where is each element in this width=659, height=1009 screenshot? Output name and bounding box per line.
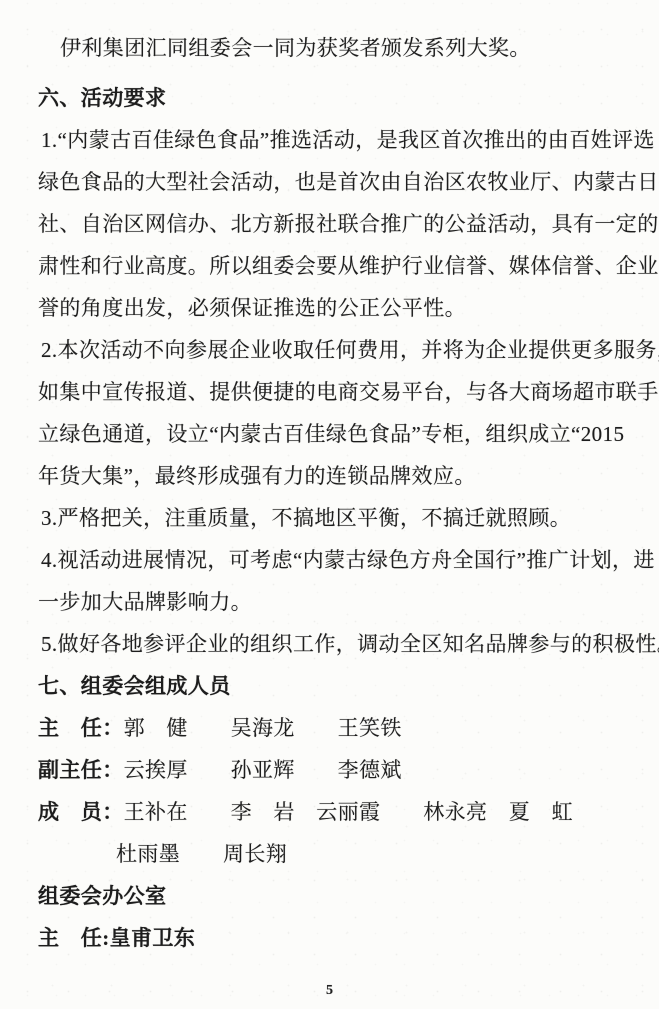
deputy-names: 云挨厚 孙亚辉 李德斌 bbox=[124, 758, 402, 782]
paragraph-line: 绿色食品的大型社会活动，也是首次由自治区农牧业厅、内蒙古日报 bbox=[38, 161, 631, 203]
paragraph-line: 1.“内蒙古百佳绿色食品”推选活动，是我区首次推出的由百姓评选 bbox=[41, 119, 631, 161]
scanned-page: 伊利集团汇同组委会一同为获奖者颁发系列大奖。 六、活动要求 1.“内蒙古百佳绿色… bbox=[0, 0, 659, 1009]
director-names: 郭 健 吴海龙 王笑铁 bbox=[124, 716, 402, 740]
paragraph-line: 2.本次活动不向参展企业收取任何费用，并将为企业提供更多服务， bbox=[41, 329, 631, 371]
paragraph-line: 社、自治区网信办、北方新报社联合推广的公益活动，具有一定的严 bbox=[38, 203, 631, 245]
director-label: 主 任： bbox=[38, 716, 124, 740]
office-director-line: 主 任:皇甫卫东 bbox=[38, 917, 631, 959]
paragraph-line: 肃性和行业高度。所以组委会要从维护行业信誉、媒体信誉、企业信 bbox=[38, 245, 631, 287]
paragraph-line: 如集中宣传报道、提供便捷的电商交易平台，与各大商场超市联手建 bbox=[38, 371, 631, 413]
committee-director-line: 主 任：郭 健 吴海龙 王笑铁 bbox=[38, 707, 631, 749]
deputy-label: 副主任： bbox=[38, 758, 124, 782]
paragraph-line: 3.严格把关，注重质量，不搞地区平衡，不搞迁就照顾。 bbox=[41, 497, 631, 539]
document-body: 伊利集团汇同组委会一同为获奖者颁发系列大奖。 六、活动要求 1.“内蒙古百佳绿色… bbox=[0, 0, 659, 959]
paragraph-line: 一步加大品牌影响力。 bbox=[38, 581, 631, 623]
members-label: 成 员： bbox=[38, 800, 124, 824]
office-heading: 组委会办公室 bbox=[38, 875, 631, 917]
paragraph-line: 4.视活动进展情况，可考虑“内蒙古绿色方舟全国行”推广计划，进 bbox=[41, 539, 631, 581]
office-director-name: 皇甫卫东 bbox=[110, 926, 196, 950]
paragraph-line: 5.做好各地参评企业的组织工作，调动全区知名品牌参与的积极性。 bbox=[41, 623, 631, 665]
continuation-line: 伊利集团汇同组委会一同为获奖者颁发系列大奖。 bbox=[60, 27, 631, 69]
page-number: 5 bbox=[0, 983, 659, 999]
committee-members-line-2: 杜雨墨 周长翔 bbox=[116, 833, 631, 875]
paragraph-line: 年货大集”，最终形成强有力的连锁品牌效应。 bbox=[38, 455, 631, 497]
member-names: 王补在 李 岩 云丽霞 林永亮 夏 虹 bbox=[124, 800, 573, 824]
committee-members-line: 成 员：王补在 李 岩 云丽霞 林永亮 夏 虹 bbox=[38, 791, 631, 833]
section-7-heading: 七、组委会组成人员 bbox=[38, 665, 631, 707]
office-director-label: 主 任: bbox=[38, 926, 110, 950]
paragraph-line: 誉的角度出发，必须保证推选的公正公平性。 bbox=[38, 287, 631, 329]
paragraph-line: 立绿色通道，设立“内蒙古百佳绿色食品”专柜，组织成立“2015 bbox=[38, 413, 631, 455]
committee-deputy-line: 副主任：云挨厚 孙亚辉 李德斌 bbox=[38, 749, 631, 791]
section-6-heading: 六、活动要求 bbox=[38, 77, 631, 119]
